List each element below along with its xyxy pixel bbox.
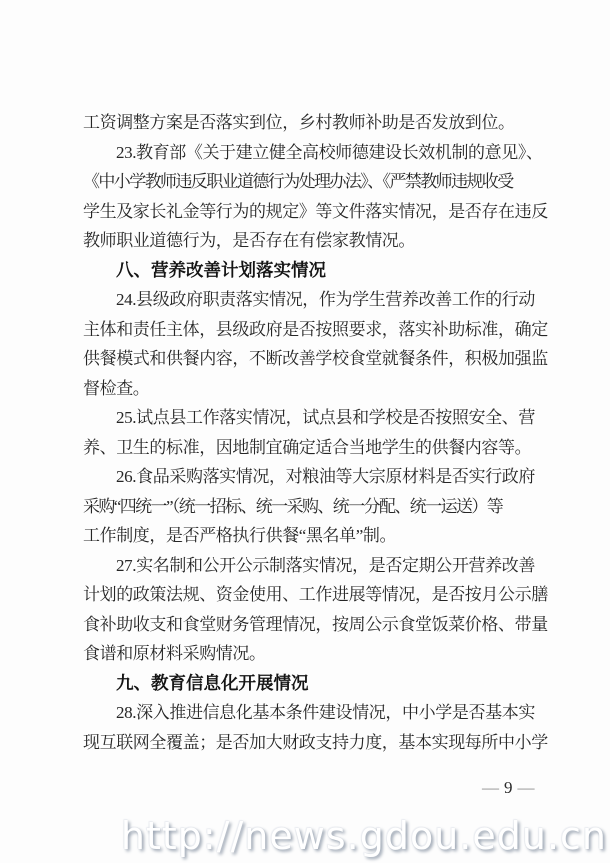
watermark-url: http://news.gdou.edu.cn xyxy=(121,814,607,858)
text-line: 教师职业道德行为，是否存在有偿家教情况。 xyxy=(83,226,535,256)
text-line: 食谱和原材料采购情况。 xyxy=(83,639,535,669)
section-heading: 八、营养改善计划落实情况 xyxy=(83,256,535,286)
text-line: 督检查。 xyxy=(83,374,535,404)
text-line: 学生及家长礼金等行为的规定》等文件落实情况，是否存在违反 xyxy=(83,197,535,227)
text-line: 采购“四统一”（统一招标、统一采购、统一分配、统一运送）等 xyxy=(83,492,535,522)
text-line: 现互联网全覆盖；是否加大财政支持力度，基本实现每所中小学 xyxy=(83,728,535,758)
section-heading: 九、教育信息化开展情况 xyxy=(83,669,535,699)
document-body: 工资调整方案是否落实到位，乡村教师补助是否发放到位。 23.教育部《关于建立健全… xyxy=(83,108,535,757)
text-line: 工作制度，是否严格执行供餐“黑名单”制。 xyxy=(83,521,535,551)
text-line: 25.试点县工作落实情况，试点县和学校是否按照安全、营 xyxy=(83,403,535,433)
text-line: 27.实名制和公开公示制落实情况，是否定期公开营养改善 xyxy=(83,551,535,581)
document-page: 工资调整方案是否落实到位，乡村教师补助是否发放到位。 23.教育部《关于建立健全… xyxy=(0,0,610,863)
page-number-dash-left: — xyxy=(477,778,504,797)
text-line: 28.深入推进信息化基本条件建设情况，中小学是否基本实 xyxy=(83,698,535,728)
text-line: 《中小学教师违反职业道德行为处理办法》、《严禁教师违规收受 xyxy=(83,167,535,197)
text-line: 计划的政策法规、资金使用、工作进展等情况，是否按月公示膳 xyxy=(83,580,535,610)
text-line: 23.教育部《关于建立健全高校师德建设长效机制的意见》、 xyxy=(83,138,535,168)
text-line: 24.县级政府职责落实情况，作为学生营养改善工作的行动 xyxy=(83,285,535,315)
text-line: 供餐模式和供餐内容，不断改善学校食堂就餐条件，积极加强监 xyxy=(83,344,535,374)
page-number-value: 9 xyxy=(504,778,513,797)
text-line: 工资调整方案是否落实到位，乡村教师补助是否发放到位。 xyxy=(83,108,535,138)
text-line: 养、卫生的标准，因地制宜确定适合当地学生的供餐内容等。 xyxy=(83,433,535,463)
page-number: —9— xyxy=(477,778,540,798)
text-line: 食补助收支和食堂财务管理情况，按周公示食堂饭菜价格、带量 xyxy=(83,610,535,640)
page-number-dash-right: — xyxy=(513,778,540,797)
text-line: 26.食品采购落实情况，对粮油等大宗原材料是否实行政府 xyxy=(83,462,535,492)
text-line: 主体和责任主体，县级政府是否按照要求，落实补助标准，确定 xyxy=(83,315,535,345)
